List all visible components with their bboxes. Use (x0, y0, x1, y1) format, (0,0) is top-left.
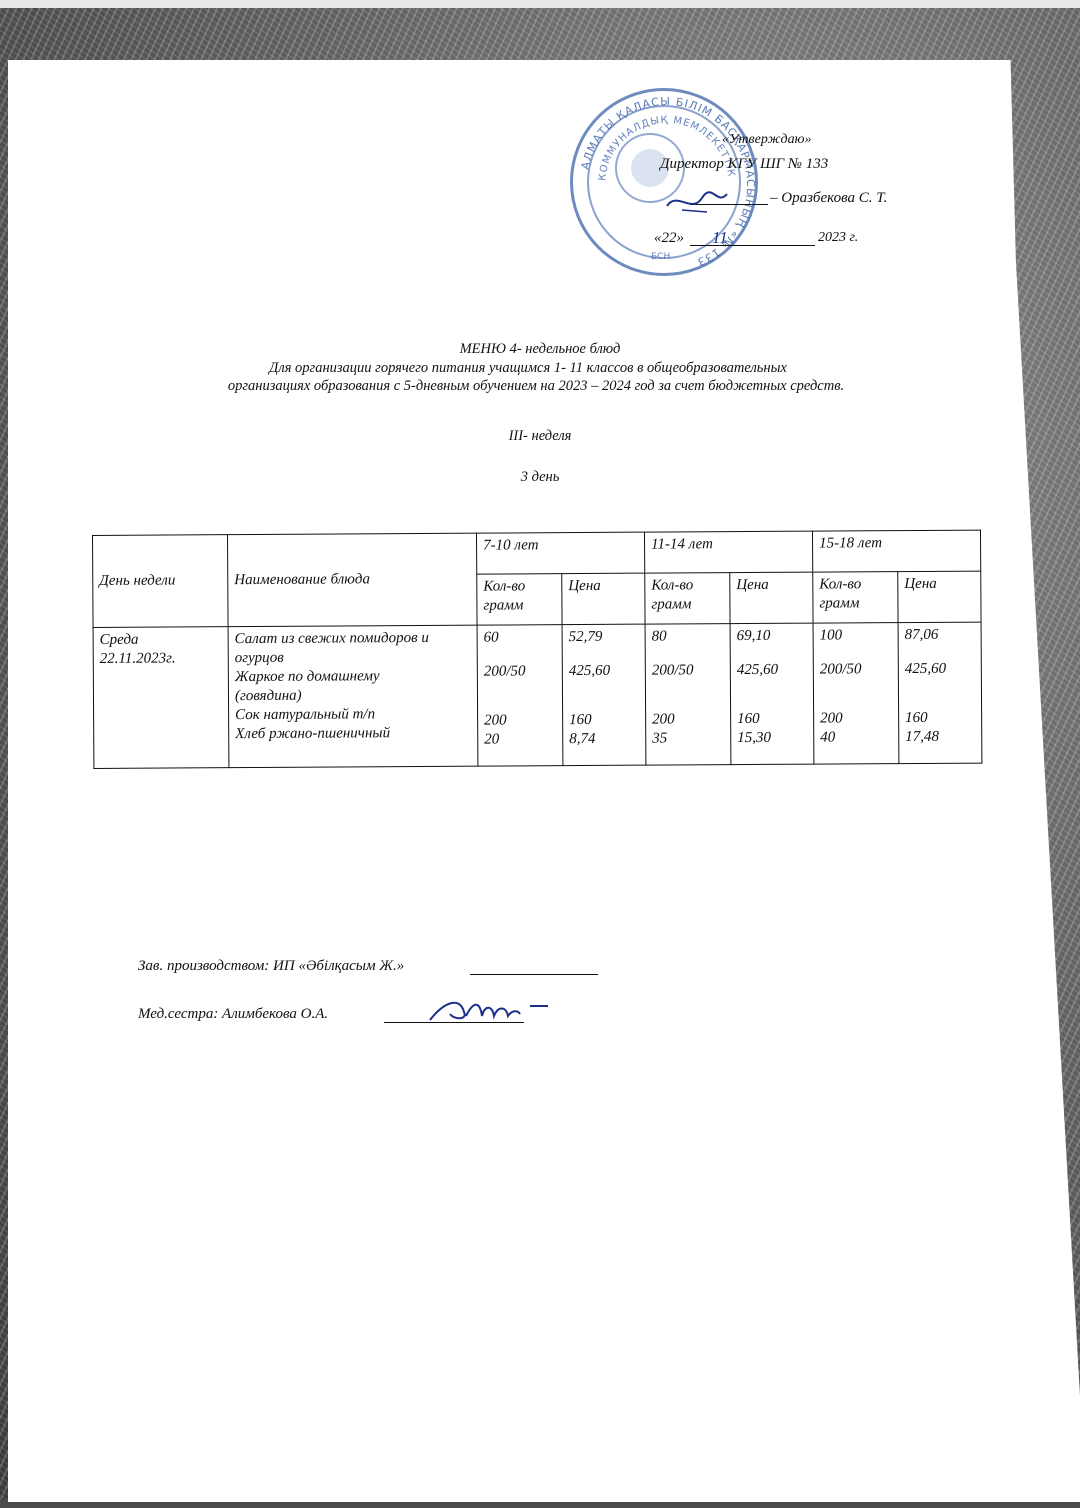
window-top-bar (0, 0, 1080, 8)
approval-position: Директор КГУ ШГ № 133 (660, 156, 828, 173)
official-stamp: АЛМАТЫ ҚАЛАСЫ БІЛІМ БАСҚАРМАСЫНЫҢ «№ 133… (570, 88, 758, 276)
approval-date-day: «22» (654, 230, 684, 247)
approval-date-line (690, 245, 815, 246)
menu-title: МЕНЮ 4- недельное блюд (0, 341, 1080, 358)
menu-table: День недели Наименование блюда 7-10 лет … (92, 530, 982, 769)
header-price: Цена (898, 571, 981, 623)
approval-heading: «Утверждаю» (722, 132, 811, 148)
header-age-7-10: 7-10 лет (476, 532, 644, 574)
nurse-signature-icon (424, 992, 554, 1026)
week-label: III- неделя (0, 428, 1080, 445)
qty-15-18-cell: 100 200/50 200 40 (813, 623, 899, 765)
header-dish: Наименование блюда (228, 533, 478, 627)
header-age-11-14: 11-14 лет (644, 531, 812, 573)
approval-date-year: 2023 г. (818, 230, 858, 246)
production-head-signature-line (470, 974, 598, 975)
header-qty: Кол-вограмм (477, 574, 562, 626)
header-age-15-18: 15-18 лет (812, 530, 980, 572)
price-15-18-cell: 87,06 425,60 160 17,48 (898, 622, 982, 764)
production-head-label: Зав. производством: ИП «Әбілқасым Ж.» (138, 958, 404, 975)
day-label: 3 день (0, 469, 1080, 486)
qty-11-14-cell: 80 200/50 200 35 (645, 624, 731, 766)
menu-subtitle-2: организациях образования с 5-дневным обу… (0, 378, 1076, 395)
header-price: Цена (562, 573, 645, 625)
header-day: День недели (93, 535, 229, 628)
price-11-14-cell: 69,10 425,60 160 15,30 (730, 623, 814, 765)
table-row: Среда 22.11.2023г. Салат из свежих помид… (93, 622, 982, 768)
director-signature-icon (662, 186, 732, 220)
header-qty: Кол-вограмм (645, 573, 730, 625)
qty-7-10-cell: 60 200/50 200 20 (477, 625, 563, 767)
header-price: Цена (730, 572, 813, 624)
nurse-label: Мед.сестра: Алимбекова О.А. (138, 1006, 328, 1023)
header-qty: Кол-вограмм (813, 572, 898, 624)
day-cell: Среда 22.11.2023г. (93, 627, 229, 769)
price-7-10-cell: 52,79 425,60 160 8,74 (562, 624, 646, 766)
director-name: – Оразбекова С. Т. (770, 190, 887, 207)
menu-subtitle-1: Для организации горячего питания учащимс… (0, 360, 1068, 377)
document-page (8, 60, 1080, 1502)
dish-names-cell: Салат из свежих помидоров и огурцов Жарк… (228, 625, 478, 768)
